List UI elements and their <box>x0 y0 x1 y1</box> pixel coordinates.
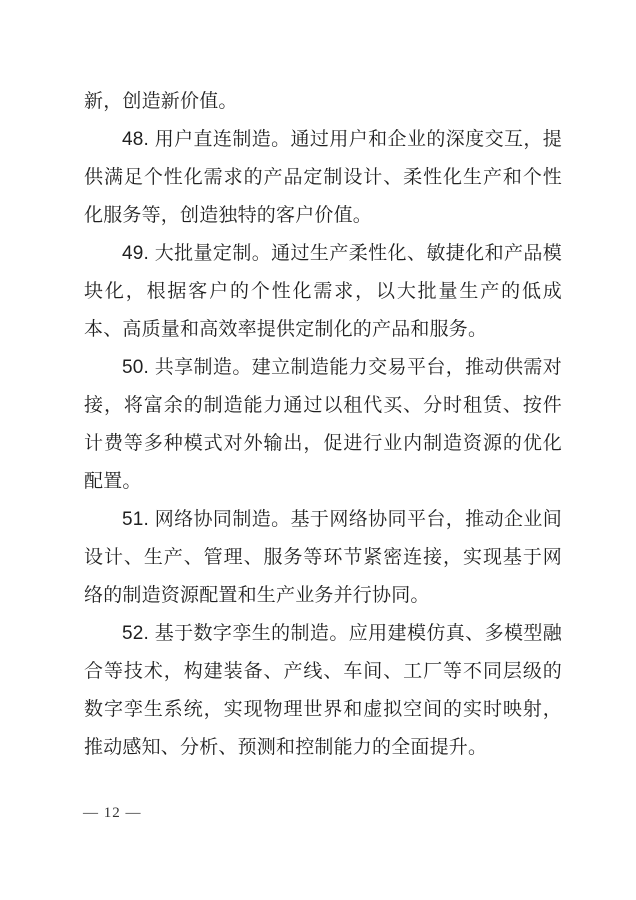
paragraph-item-50: 50. 共享制造。建立制造能力交易平台，推动供需对接，将富余的制造能力通过以租代… <box>84 349 562 501</box>
paragraph-item-51: 51. 网络协同制造。基于网络协同平台，推动企业间设计、生产、管理、服务等环节紧… <box>84 501 562 615</box>
document-page: 新，创造新价值。 48. 用户直连制造。通过用户和企业的深度交互，提供满足个性化… <box>0 0 636 900</box>
paragraph-item-49: 49. 大批量定制。通过生产柔性化、敏捷化和产品模块化，根据客户的个性化需求，以… <box>84 235 562 349</box>
paragraph-continuation: 新，创造新价值。 <box>84 83 562 121</box>
page-number: — 12 — <box>83 805 142 822</box>
paragraph-item-48: 48. 用户直连制造。通过用户和企业的深度交互，提供满足个性化需求的产品定制设计… <box>84 121 562 235</box>
document-body: 新，创造新价值。 48. 用户直连制造。通过用户和企业的深度交互，提供满足个性化… <box>84 83 562 767</box>
paragraph-item-52: 52. 基于数字孪生的制造。应用建模仿真、多模型融合等技术，构建装备、产线、车间… <box>84 615 562 767</box>
